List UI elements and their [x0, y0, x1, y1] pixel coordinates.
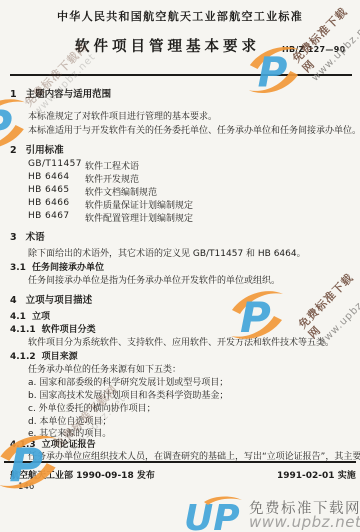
section-number: 3.1 — [10, 263, 26, 273]
section-number: 4.1 — [10, 312, 26, 322]
section-number: 4.1.2 — [10, 352, 36, 362]
footer-effective-date: 1991-02-01 实施 — [277, 468, 356, 481]
reference-code: HB 6467 — [28, 211, 70, 221]
paragraph: 任务间接承办单位是指为任务承办单位开发软件的单位或组织。 — [28, 273, 280, 286]
watermark-site-url: www.upbz.net — [249, 513, 360, 531]
upbz-logo-icon: P — [0, 94, 28, 154]
section-4-1-heading: 4.1立项 — [10, 309, 50, 322]
section-title: 引用标准 — [26, 145, 64, 156]
reference-title: 软件文档编制规范 — [85, 185, 157, 198]
upbz-logo-icon: UP — [186, 496, 248, 532]
reference-code: GB/T11457 — [28, 159, 82, 169]
svg-text:P: P — [9, 438, 43, 492]
svg-text:P: P — [0, 103, 12, 153]
reference-title: 软件工程术语 — [85, 159, 139, 172]
reference-code: HB 6466 — [28, 198, 70, 208]
section-title: 任务间接承办单位 — [32, 263, 104, 273]
section-title: 项目来源 — [42, 352, 78, 362]
section-3-heading: 3术语 — [10, 229, 45, 243]
section-number: 4 — [10, 295, 17, 306]
paragraph: 本标准规定了对软件项目进行管理的基本要求。 — [28, 109, 217, 122]
list-item: a. 国家和部委级的科学研究发展计划或型号项目； — [28, 375, 228, 388]
upbz-logo-icon: P — [246, 42, 302, 98]
upbz-logo-icon: P — [228, 286, 286, 344]
section-number: 3 — [10, 232, 17, 243]
reference-title: 软件质量保证计划编制规定 — [85, 198, 193, 211]
svg-text:UP: UP — [186, 498, 240, 532]
section-3-1-heading: 3.1任务间接承办单位 — [10, 260, 104, 273]
svg-text:P: P — [240, 293, 271, 342]
section-number: 4.1.1 — [10, 325, 36, 335]
paragraph: 本标准适用于与开发软件有关的任务委托单位、任务承办单位和任务间接承办单位。 — [28, 123, 360, 136]
svg-text:P: P — [258, 48, 288, 96]
reference-code: HB 6465 — [28, 185, 70, 195]
reference-title: 软件开发规范 — [85, 172, 139, 185]
section-title: 立项 — [32, 312, 50, 322]
document-page: P P P P UP 免费标准下载网 www.upbz.net 免费标准下载网 … — [0, 0, 360, 532]
section-4-heading: 4立项与项目描述 — [10, 292, 92, 306]
authority-line: 中华人民共和国航空航天工业部航空工业标准 — [0, 8, 360, 24]
section-title: 立项与项目描述 — [26, 295, 93, 306]
section-title: 软件项目分类 — [42, 325, 96, 335]
paragraph: 除下面给出的术语外，其它术语的定义见 GB/T11457 和 HB 6464。 — [28, 246, 306, 259]
section-4-1-1-heading: 4.1.1软件项目分类 — [10, 322, 96, 335]
upbz-logo-icon: P — [0, 430, 60, 494]
reference-title: 软件配置管理计划编制规定 — [85, 211, 193, 224]
reference-code: HB 6464 — [28, 172, 70, 182]
paragraph: 软件项目分为系统软件、支持软件、应用软件、开发方法和软件技术等五类。 — [28, 335, 334, 348]
section-4-1-2-heading: 4.1.2项目来源 — [10, 349, 78, 362]
paragraph: 任务承办单位的任务来源有如下五类： — [28, 362, 181, 375]
section-title: 术语 — [26, 232, 45, 243]
